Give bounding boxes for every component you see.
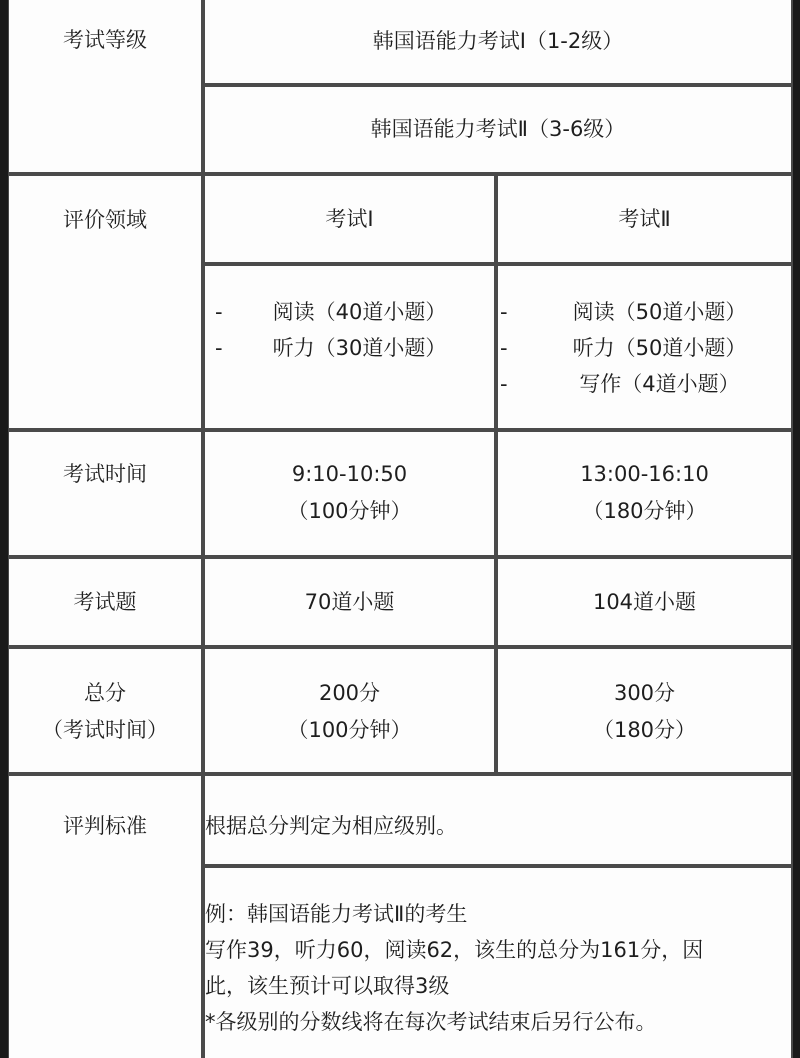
row-label-criteria: 评判标准	[63, 808, 147, 845]
list-item: - 写作（4道小题）	[498, 366, 791, 402]
exam2-total-duration: （180分）	[593, 712, 696, 749]
list-item: - 听力（50道小题）	[498, 330, 791, 366]
list-item: - 阅读（50道小题）	[498, 294, 791, 330]
cell-time-label: 考试时间	[9, 432, 201, 555]
exam2-question-count: 104道小题	[593, 584, 696, 621]
cell-criteria-rule: 根据总分判定为相应级别。	[205, 776, 791, 864]
section-reading: 阅读（40道小题）	[235, 294, 494, 331]
cell-total-label: 总分 （考试时间）	[9, 649, 201, 772]
cell-exam2-header: 考试Ⅱ	[498, 176, 791, 262]
exam2-header-text: 考试Ⅱ	[618, 201, 670, 238]
dash-bullet: -	[205, 294, 235, 331]
row-label-questions: 考试题	[74, 584, 137, 621]
exam1-total-duration: （100分钟）	[287, 712, 411, 749]
row-label-domain: 评价领域	[63, 202, 147, 239]
cell-exam1-time: 9:10-10:50 （100分钟）	[205, 432, 494, 555]
topik1-level-text: 韩国语能力考试Ⅰ（1-2级）	[373, 23, 624, 60]
dash-bullet: -	[498, 366, 528, 403]
cell-topik1: 韩国语能力考试Ⅰ（1-2级）	[205, 0, 791, 83]
criteria-rule-text: 根据总分判定为相应级别。	[205, 808, 457, 844]
cell-exam2-sections: - 阅读（50道小题） - 听力（50道小题） - 写作（4道小题）	[498, 266, 791, 428]
cell-topik2: 韩国语能力考试Ⅱ（3-6级）	[205, 87, 791, 172]
section-listening: 听力（50道小题）	[528, 330, 791, 367]
section-listening: 听力（30道小题）	[235, 330, 494, 367]
cell-level-label: 考试等级	[9, 0, 201, 172]
list-item: - 阅读（40道小题）	[205, 294, 494, 330]
cell-exam1-header: 考试Ⅰ	[205, 176, 494, 262]
row-label-total-sub: （考试时间）	[42, 712, 168, 749]
exam1-time-range: 9:10-10:50	[292, 456, 407, 493]
cell-questions-label: 考试题	[9, 559, 201, 645]
cell-exam1-sections: - 阅读（40道小题） - 听力（30道小题）	[205, 266, 494, 428]
section-writing: 写作（4道小题）	[528, 366, 791, 403]
example-intro: 例：韩国语能力考试Ⅱ的考生	[205, 896, 467, 932]
cell-exam1-questions: 70道小题	[205, 559, 494, 645]
cutoff-note: *各级别的分数线将在每次考试结束后另行公布。	[205, 1004, 657, 1040]
dash-bullet: -	[498, 330, 528, 367]
cell-criteria-example: 例：韩国语能力考试Ⅱ的考生 写作39，听力60，阅读62，该生的总分为161分，…	[205, 868, 791, 1058]
topik2-level-text: 韩国语能力考试Ⅱ（3-6级）	[371, 111, 626, 148]
cell-exam2-total: 300分 （180分）	[498, 649, 791, 772]
right-frame-border	[793, 0, 800, 1058]
dash-bullet: -	[205, 330, 235, 367]
exam1-duration: （100分钟）	[287, 493, 411, 530]
exam1-total-score: 200分	[319, 675, 380, 712]
exam1-question-count: 70道小题	[305, 584, 395, 621]
cell-domain-label: 评价领域	[9, 176, 201, 428]
exam2-time-range: 13:00-16:10	[580, 456, 709, 493]
list-item: - 听力（30道小题）	[205, 330, 494, 366]
dash-bullet: -	[498, 294, 528, 331]
exam2-section-list: - 阅读（50道小题） - 听力（50道小题） - 写作（4道小题）	[498, 294, 791, 402]
example-result: 此，该生预计可以取得3级	[205, 968, 449, 1004]
row-label-time: 考试时间	[63, 456, 147, 493]
cell-exam2-time: 13:00-16:10 （180分钟）	[498, 432, 791, 555]
cell-exam1-total: 200分 （100分钟）	[205, 649, 494, 772]
example-scores: 写作39，听力60，阅读62，该生的总分为161分，因	[205, 932, 703, 968]
cell-criteria-label: 评判标准	[9, 776, 201, 1058]
exam2-duration: （180分钟）	[582, 493, 706, 530]
exam1-section-list: - 阅读（40道小题） - 听力（30道小题）	[205, 294, 494, 366]
left-frame-border	[0, 0, 8, 1058]
row-label-total: 总分	[84, 675, 126, 712]
row-label-level: 考试等级	[63, 22, 147, 59]
cell-exam2-questions: 104道小题	[498, 559, 791, 645]
exam1-header-text: 考试Ⅰ	[325, 201, 373, 238]
exam2-total-score: 300分	[614, 675, 675, 712]
section-reading: 阅读（50道小题）	[528, 294, 791, 331]
